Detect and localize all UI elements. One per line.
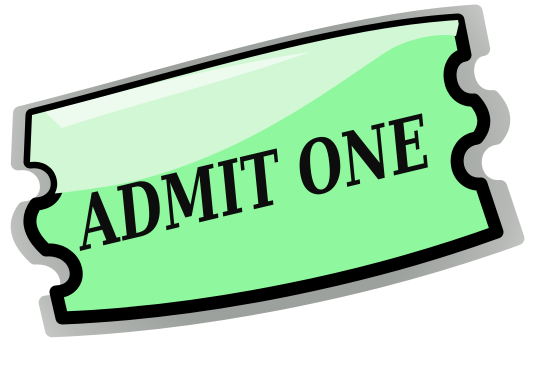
page-background: { "artwork": { "label": "ADMIT ONE" }, "…: [0, 0, 547, 368]
admit-one-ticket-graphic: ADMIT ONE: [0, 0, 547, 368]
clipart-canvas: ADMIT ONE: [0, 0, 547, 368]
